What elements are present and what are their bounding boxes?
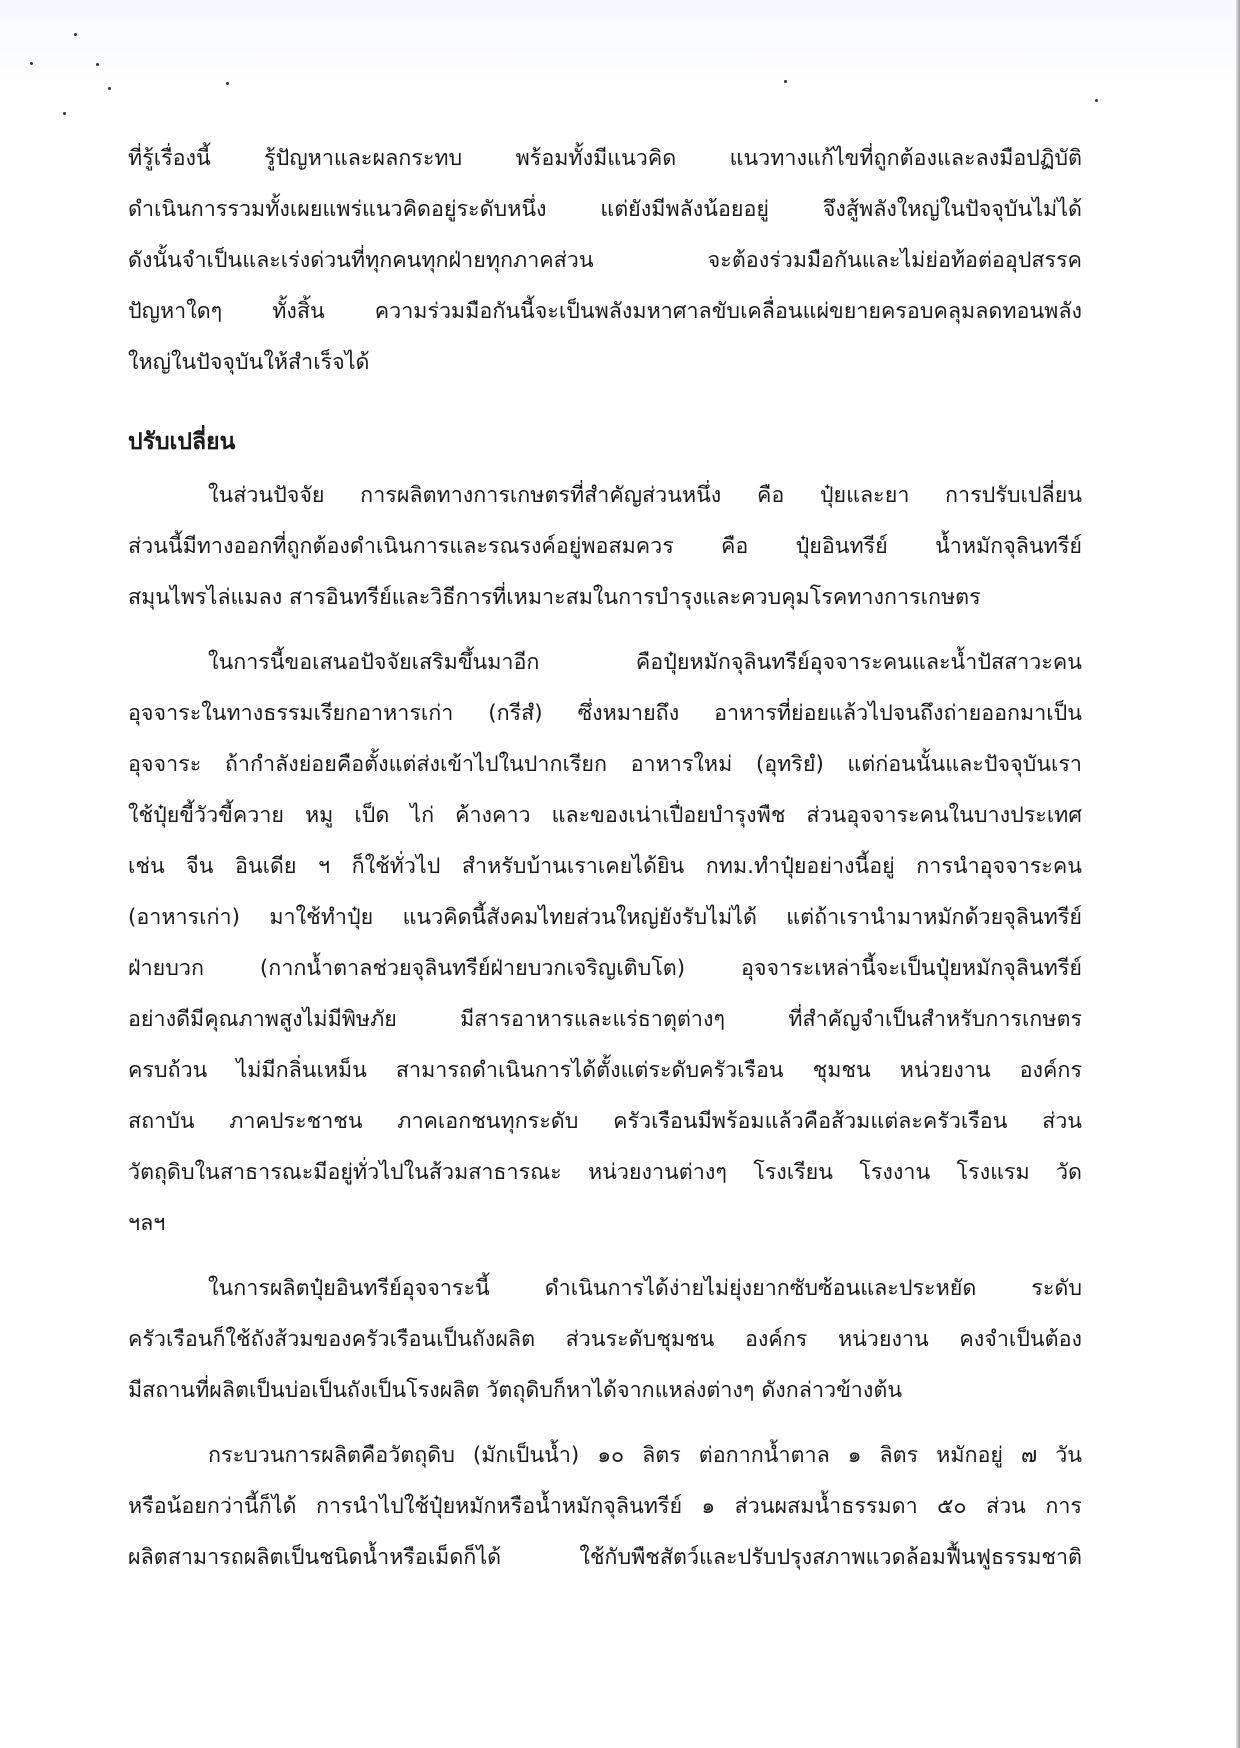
text-line: วัตถุดิบในสาธารณะมีอยู่ทั่วไปในส้วมสาธาร… bbox=[128, 1147, 1082, 1198]
scan-speck bbox=[1095, 99, 1098, 102]
text-line: อุจจาระ ถ้ากำลังย่อยคือตั้งแต่ส่งเข้าไปใ… bbox=[128, 739, 1082, 790]
text-line: อย่างดีมีคุณภาพสูงไม่มีพิษภัย มีสารอาหาร… bbox=[128, 994, 1082, 1045]
scan-speck bbox=[74, 33, 77, 36]
text-line: ดังนั้นจำเป็นและเร่งด่วนที่ทุกคนทุกฝ่ายท… bbox=[128, 235, 1082, 286]
text-line: ใหญ่ในปัจจุบันให้สำเร็จได้ bbox=[128, 337, 1082, 388]
text-line: ในส่วนปัจจัย การผลิตทางการเกษตรที่สำคัญส… bbox=[128, 470, 1082, 521]
text-line: มีสถานที่ผลิตเป็นบ่อเป็นถังเป็นโรงผลิต ว… bbox=[128, 1365, 1082, 1416]
document-body: ที่รู้เรื่องนี้ รู้ปัญหาและผลกระทบ พร้อม… bbox=[128, 133, 1082, 1583]
text-line: ฝ่ายบวก (กากน้ำตาลช่วยจุลินทรีย์ฝ่ายบวกเ… bbox=[128, 943, 1082, 994]
text-line: ในการผลิตปุ๋ยอินทรีย์อุจจาระนี้ ดำเนินกา… bbox=[128, 1263, 1082, 1314]
paragraph-2: ในการนี้ขอเสนอปัจจัยเสริมขึ้นมาอีก คือปุ… bbox=[128, 637, 1082, 1249]
scan-speck bbox=[30, 62, 33, 65]
text-line: ฯลฯ bbox=[128, 1198, 1082, 1249]
scanned-page: ที่รู้เรื่องนี้ รู้ปัญหาและผลกระทบ พร้อม… bbox=[0, 0, 1240, 1748]
paragraph-3: ในการผลิตปุ๋ยอินทรีย์อุจจาระนี้ ดำเนินกา… bbox=[128, 1263, 1082, 1416]
section-heading: ปรับเปลี่ยน bbox=[128, 414, 1082, 470]
paragraph-1: ในส่วนปัจจัย การผลิตทางการเกษตรที่สำคัญส… bbox=[128, 470, 1082, 623]
scan-edge bbox=[1236, 0, 1240, 1748]
paragraph-4: กระบวนการผลิตคือวัตถุดิบ (มักเป็นน้ำ) ๑๐… bbox=[128, 1430, 1082, 1583]
scan-speck bbox=[108, 87, 111, 90]
text-line: ที่รู้เรื่องนี้ รู้ปัญหาและผลกระทบ พร้อม… bbox=[128, 133, 1082, 184]
text-line: ครบถ้วน ไม่มีกลิ่นเหม็น สามารถดำเนินการไ… bbox=[128, 1045, 1082, 1096]
text-line: เช่น จีน อินเดีย ฯ ก็ใช้ทั่วไป สำหรับบ้า… bbox=[128, 841, 1082, 892]
text-line: ปัญหาใดๆ ทั้งสิ้น ความร่วมมือกันนี้จะเป็… bbox=[128, 286, 1082, 337]
text-line: ใช้ปุ๋ยขี้วัวขี้ควาย หมู เป็ด ไก่ ค้างคา… bbox=[128, 790, 1082, 841]
scan-speck bbox=[63, 112, 66, 115]
text-line: สถาบัน ภาคประชาชน ภาคเอกชนทุกระดับ ครัวเ… bbox=[128, 1096, 1082, 1147]
text-line: สมุนไพรไล่แมลง สารอินทรีย์และวิธีการที่เ… bbox=[128, 572, 1082, 623]
text-line: ดำเนินการรวมทั้งเผยแพร่แนวคิดอยู่ระดับหน… bbox=[128, 184, 1082, 235]
text-line: ผลิตสามารถผลิตเป็นชนิดน้ำหรือเม็ดก็ได้ ใ… bbox=[128, 1532, 1082, 1583]
text-line: กระบวนการผลิตคือวัตถุดิบ (มักเป็นน้ำ) ๑๐… bbox=[128, 1430, 1082, 1481]
scan-speck bbox=[784, 80, 787, 83]
scan-speck bbox=[226, 82, 229, 85]
text-line: ส่วนนี้มีทางออกที่ถูกต้องดำเนินการและรณร… bbox=[128, 521, 1082, 572]
text-line: อุจจาระในทางธรรมเรียกอาหารเก่า (กรีสํ) ซ… bbox=[128, 688, 1082, 739]
text-line: ในการนี้ขอเสนอปัจจัยเสริมขึ้นมาอีก คือปุ… bbox=[128, 637, 1082, 688]
intro-paragraph: ที่รู้เรื่องนี้ รู้ปัญหาและผลกระทบ พร้อม… bbox=[128, 133, 1082, 388]
text-line: (อาหารเก่า) มาใช้ทำปุ๋ย แนวคิดนี้สังคมไท… bbox=[128, 892, 1082, 943]
scan-speck bbox=[96, 63, 99, 66]
text-line: หรือน้อยกว่านี้ก็ได้ การนำไปใช้ปุ๋ยหมักห… bbox=[128, 1481, 1082, 1532]
text-line: ครัวเรือนก็ใช้ถังส้วมของครัวเรือนเป็นถัง… bbox=[128, 1314, 1082, 1365]
